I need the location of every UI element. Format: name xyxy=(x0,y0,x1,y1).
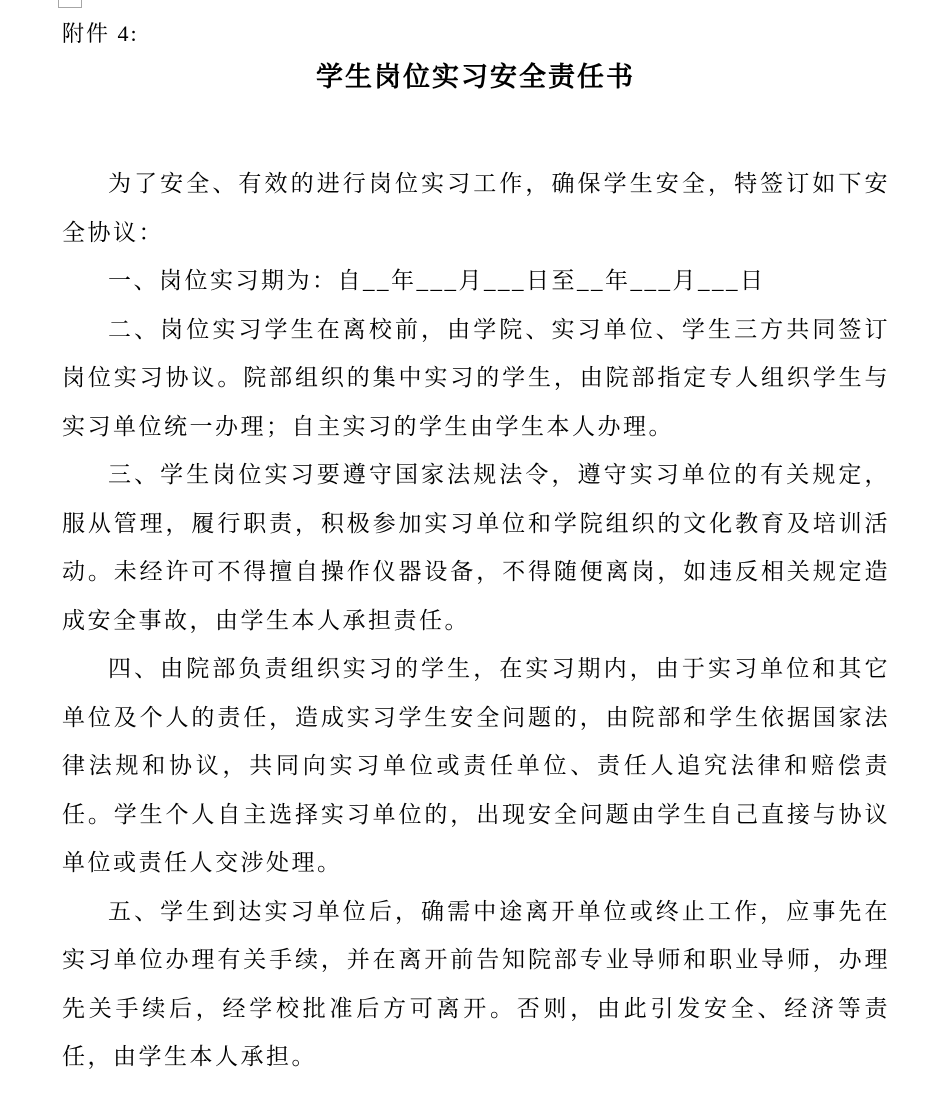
paragraph-clause-2-agreement-signing: 二、岗位实习学生在离校前，由学院、实习单位、学生三方共同签订岗位实习协议。院部组… xyxy=(62,306,890,452)
document-body: 为了安全、有效的进行岗位实习工作，确保学生安全，特签订如下安全协议： 一、岗位实… xyxy=(62,160,890,1082)
document-page: 附件 4: 学生岗位实习安全责任书 为了安全、有效的进行岗位实习工作，确保学生安… xyxy=(0,0,951,1101)
attachment-label: 附件 4: xyxy=(62,0,951,48)
paragraph-clause-5-leaving-procedures: 五、学生到达实习单位后，确需中途离开单位或终止工作，应事先在实习单位办理有关手续… xyxy=(62,888,890,1082)
paragraph-clause-4-liability: 四、由院部负责组织实习的学生，在实习期内，由于实习单位和其它单位及个人的责任，造… xyxy=(62,645,890,888)
clipped-textbox-border-fragment xyxy=(58,0,82,8)
document-title: 学生岗位实习安全责任书 xyxy=(0,60,951,94)
paragraph-intro: 为了安全、有效的进行岗位实习工作，确保学生安全，特签订如下安全协议： xyxy=(62,160,890,257)
paragraph-clause-1-internship-period: 一、岗位实习期为：自__年___月___日至__年___月___日 xyxy=(62,257,890,306)
paragraph-clause-3-rules-compliance: 三、学生岗位实习要遵守国家法规法令，遵守实习单位的有关规定，服从管理，履行职责，… xyxy=(62,451,890,645)
